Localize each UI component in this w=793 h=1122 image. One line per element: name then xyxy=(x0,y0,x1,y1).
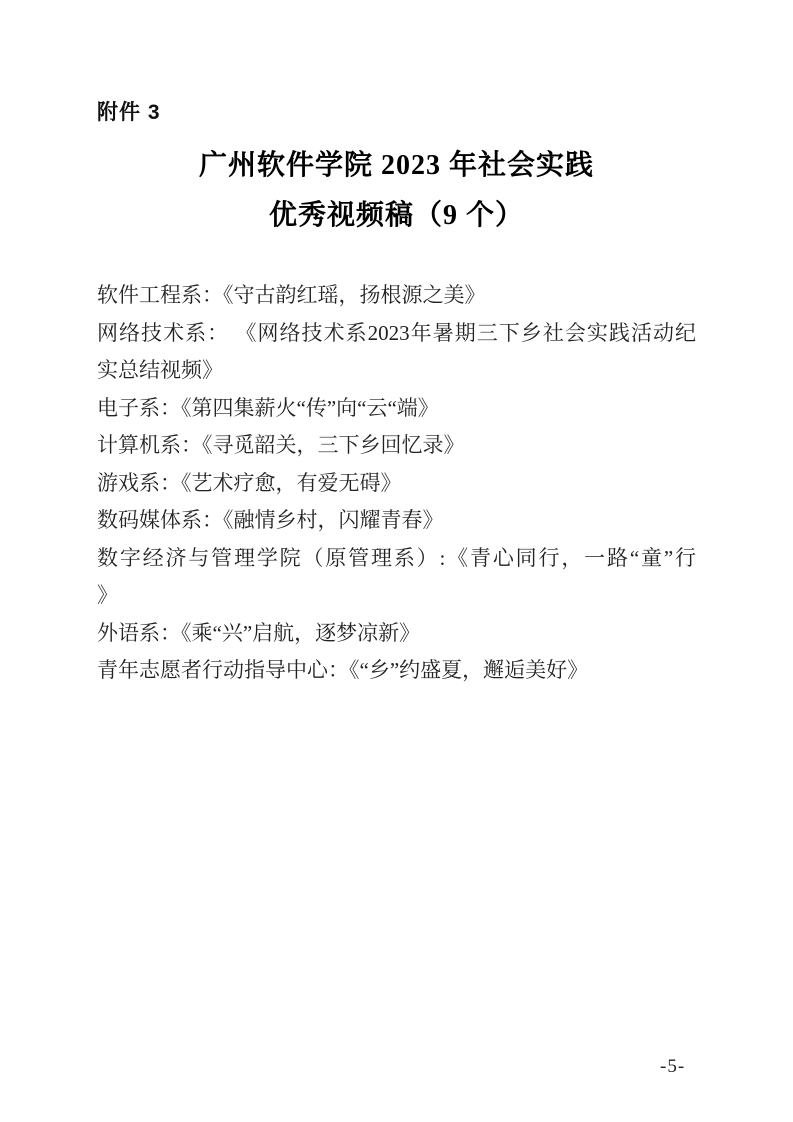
entry-youth-volunteer-center: 青年志愿者行动指导中心：《“乡”约盛夏，邂逅美好》 xyxy=(97,652,696,690)
document-page: 附件 3 广州软件学院 2023 年社会实践 优秀视频稿（9 个） 软件工程系：… xyxy=(0,0,793,1122)
entry-software-engineering: 软件工程系：《守古韵红瑶，扬根源之美》 xyxy=(97,277,696,315)
page-number: -5- xyxy=(660,1055,720,1078)
attachment-label: 附件 3 xyxy=(97,100,161,126)
title-line-2: 优秀视频稿（9 个） xyxy=(0,191,793,241)
entry-list: 软件工程系：《守古韵红瑶，扬根源之美》 网络技术系： 《网络技术系2023年暑期… xyxy=(97,277,696,690)
entry-game: 游戏系：《艺术疗愈，有爱无碍》 xyxy=(97,465,696,503)
entry-digital-economy-line1: 数字经济与管理学院（原管理系）:《青心同行，一路“童”行 xyxy=(97,540,696,578)
title-line-1: 广州软件学院 2023 年社会实践 xyxy=(0,141,793,191)
entry-network-technology-line2: 实总结视频》 xyxy=(97,352,696,390)
entry-computer: 计算机系：《寻觅韶关，三下乡回忆录》 xyxy=(97,427,696,465)
entry-network-technology-line1: 网络技术系： 《网络技术系2023年暑期三下乡社会实践活动纪 xyxy=(97,315,696,353)
entry-foreign-language: 外语系：《乘“兴”启航，逐梦凉新》 xyxy=(97,615,696,653)
entry-digital-media: 数码媒体系：《融情乡村，闪耀青春》 xyxy=(97,502,696,540)
entry-digital-economy-line2: 》 xyxy=(97,577,696,615)
document-title: 广州软件学院 2023 年社会实践 优秀视频稿（9 个） xyxy=(0,141,793,241)
entry-electronics: 电子系：《第四集薪火“传”向“云“端》 xyxy=(97,390,696,428)
